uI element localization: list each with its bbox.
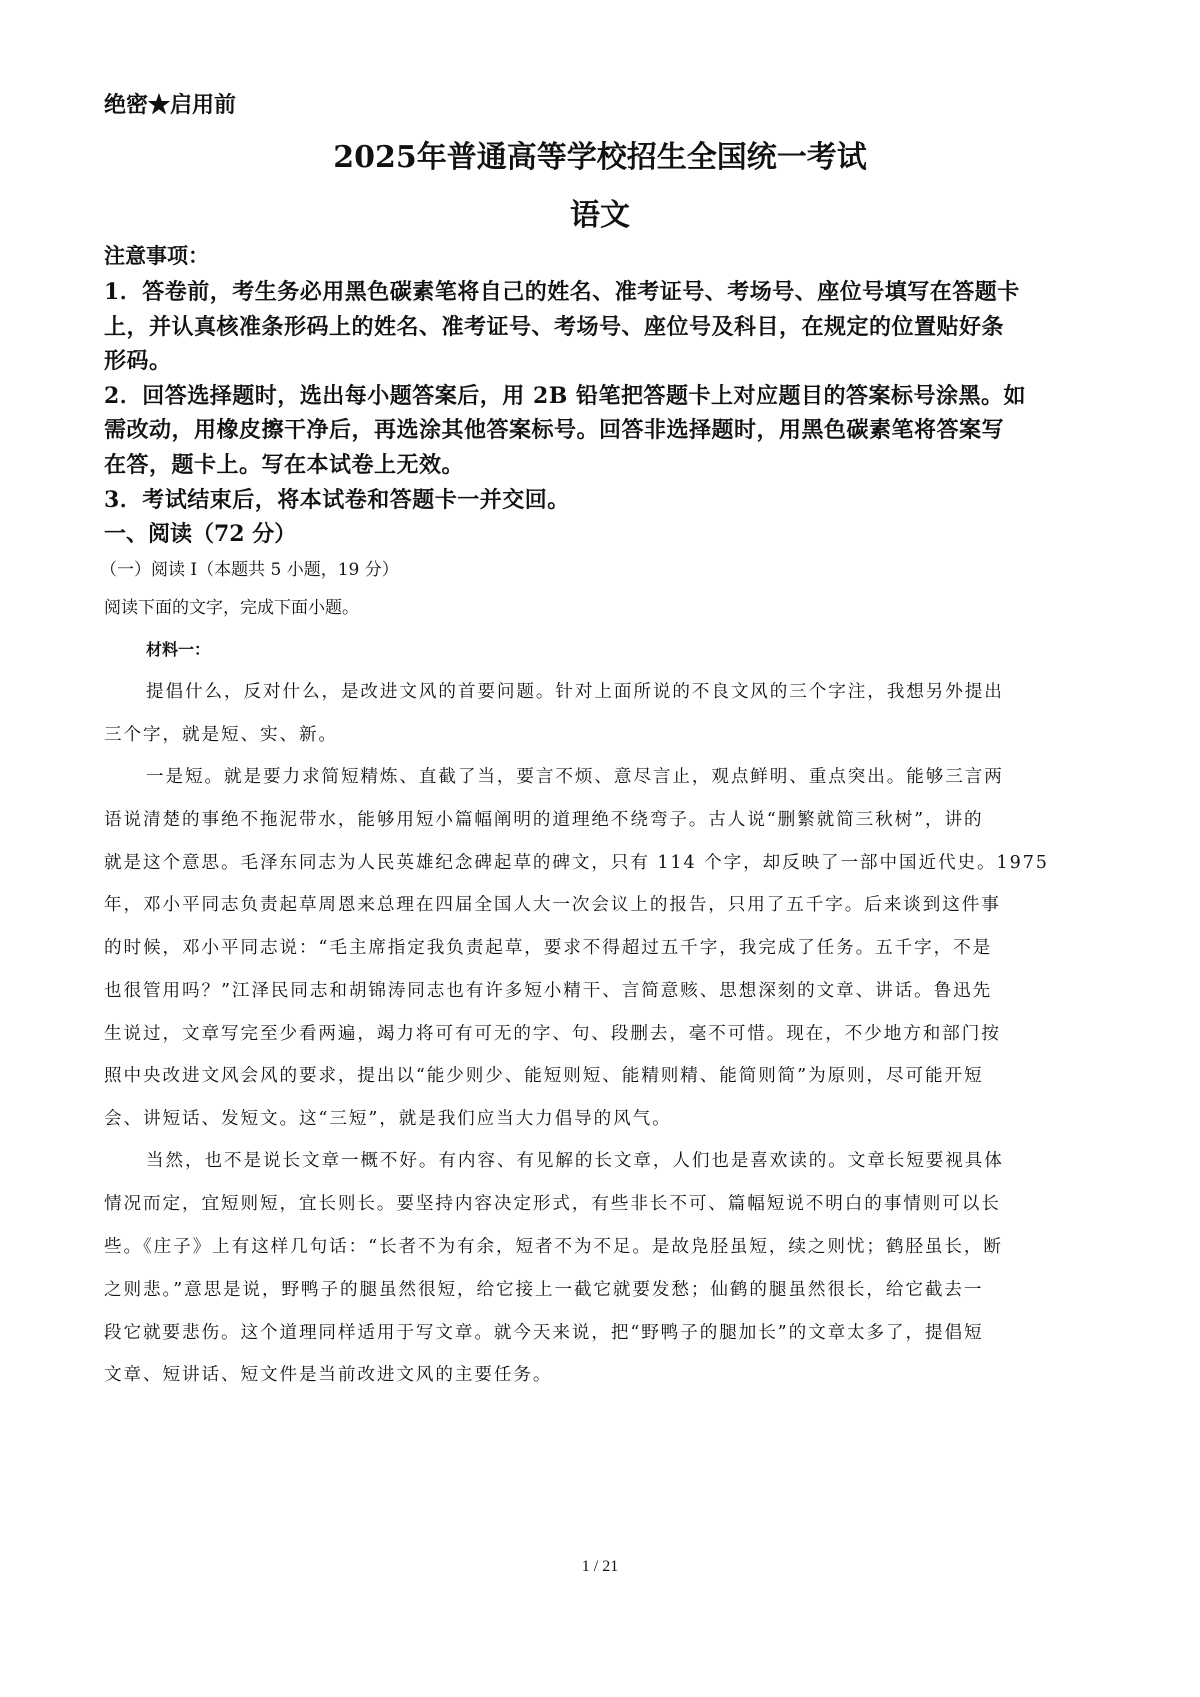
notice-line: 需改动，用橡皮擦干净后，再选涂其他答案标号。回答非选择题时，用黑色碳素笔将答案写 bbox=[104, 413, 1004, 444]
body-line: 文章、短讲话、短文件是当前改进文风的主要任务。 bbox=[104, 1361, 552, 1386]
body-line: 之则悲。”意思是说，野鸭子的腿虽然很短，给它接上一截它就要发愁；仙鹤的腿虽然很长… bbox=[104, 1276, 983, 1301]
material-label: 材料一： bbox=[146, 637, 210, 660]
notice-line: 1．答卷前，考生务必用黑色碳素笔将自己的姓名、准考证号、考场号、座位号填写在答题… bbox=[104, 275, 1020, 306]
body-line: 语说清楚的事绝不拖泥带水，能够用短小篇幅阐明的道理绝不绕弯子。古人说“删繁就简三… bbox=[104, 806, 984, 831]
body-line: 的时候，邓小平同志说：“毛主席指定我负责起草，要求不得超过五千字，我完成了任务。… bbox=[104, 934, 992, 959]
body-line: 情况而定，宜短则短，宜长则长。要坚持内容决定形式，有些非长不可、篇幅短说不明白的… bbox=[104, 1190, 1001, 1215]
body-line: 当然，也不是说长文章一概不好。有内容、有见解的长文章，人们也是喜欢读的。文章长短… bbox=[146, 1147, 1004, 1172]
notice-line: 2．回答选择题时，选出每小题答案后，用 2B 铅笔把答题卡上对应题目的答案标号涂… bbox=[104, 379, 1026, 410]
body-line: 就是这个意思。毛泽东同志为人民英雄纪念碑起草的碑文，只有 114 个字，却反映了… bbox=[104, 849, 1049, 874]
notice-line: 3．考试结束后，将本试卷和答题卡一并交回。 bbox=[104, 483, 570, 514]
subsection-heading: （一）阅读 I（本题共 5 小题，19 分） bbox=[100, 555, 399, 580]
notice-heading: 注意事项： bbox=[104, 240, 209, 270]
body-line: 年，邓小平同志负责起草周恩来总理在四届全国人大一次会议上的报告，只用了五千字。后… bbox=[104, 891, 1001, 916]
notice-line: 形码。 bbox=[104, 344, 172, 375]
body-line: 三个字，就是短、实、新。 bbox=[104, 721, 338, 746]
section-heading: 一、阅读（72 分） bbox=[104, 517, 296, 548]
body-line: 提倡什么，反对什么，是改进文风的首要问题。针对上面所说的不良文风的三个字注，我想… bbox=[146, 678, 1004, 703]
body-line: 一是短。就是要力求简短精炼、直截了当，要言不烦、意尽言止，观点鲜明、重点突出。能… bbox=[146, 763, 1004, 788]
body-line: 生说过，文章写完至少看两遍，竭力将可有可无的字、句、段删去，毫不可惜。现在，不少… bbox=[104, 1020, 1001, 1045]
body-line: 段它就要悲伤。这个道理同样适用于写文章。就今天来说，把“野鸭子的腿加长”的文章太… bbox=[104, 1319, 984, 1344]
reading-instruction: 阅读下面的文字，完成下面小题。 bbox=[104, 593, 359, 618]
notice-line: 在答，题卡上。写在本试卷上无效。 bbox=[104, 448, 464, 479]
body-line: 照中央改进文风会风的要求，提出以“能少则少、能短则短、能精则精、能简则简”为原则… bbox=[104, 1062, 984, 1087]
exam-title: 2025年普通高等学校招生全国统一考试 bbox=[0, 132, 1200, 176]
exam-page: 绝密★启用前 2025年普通高等学校招生全国统一考试 语文 注意事项： 1．答卷… bbox=[0, 0, 1200, 1697]
notice-line: 上，并认真核准条形码上的姓名、准考证号、考场号、座位号及科目，在规定的位置贴好条 bbox=[104, 310, 1004, 341]
body-line: 会、讲短话、发短文。这“三短”，就是我们应当大力倡导的风气。 bbox=[104, 1105, 672, 1130]
body-line: 也很管用吗？”江泽民同志和胡锦涛同志也有许多短小精干、言简意赅、思想深刻的文章、… bbox=[104, 977, 992, 1002]
body-line: 些。《庄子》上有这样几句话：“长者不为有余，短者不为不足。是故凫胫虽短，续之则忧… bbox=[104, 1233, 1003, 1258]
page-number: 1 / 21 bbox=[0, 1558, 1200, 1576]
confidential-label: 绝密★启用前 bbox=[104, 88, 236, 119]
subject-title: 语文 bbox=[0, 190, 1200, 234]
